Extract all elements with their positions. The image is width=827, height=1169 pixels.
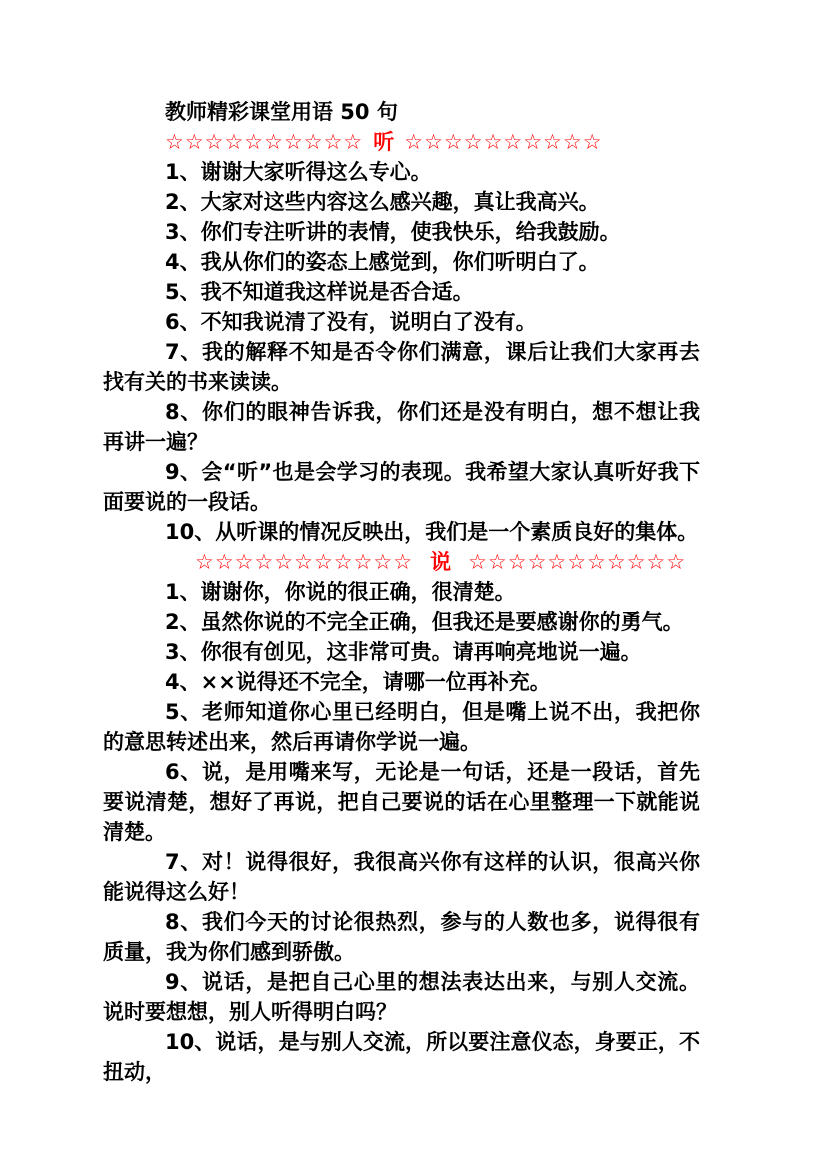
- numbered-sentence: 2、大家对这些内容这么感兴趣，真让我高兴。: [103, 187, 700, 217]
- numbered-sentence: 1、谢谢你，你说的很正确，很清楚。: [103, 577, 700, 607]
- star-decoration-left-icon: ☆☆☆☆☆☆☆☆☆☆: [165, 130, 363, 154]
- numbered-sentence: 3、你很有创见，这非常可贵。请再响亮地说一遍。: [103, 637, 700, 667]
- numbered-sentence: 3、你们专注听讲的表情，使我快乐，给我鼓励。: [103, 217, 700, 247]
- star-decoration-right-icon: ☆☆☆☆☆☆☆☆☆☆☆: [468, 550, 686, 574]
- numbered-sentence: 2、虽然你说的不完全正确，但我还是要感谢你的勇气。: [103, 607, 700, 637]
- numbered-sentence: 6、说，是用嘴来写，无论是一句话，还是一段话，首先要说清楚，想好了再说，把自己要…: [103, 757, 700, 847]
- numbered-sentence: 4、××说得还不完全，请哪一位再补充。: [103, 667, 700, 697]
- numbered-sentence: 9、说话，是把自己心里的想法表达出来，与别人交流。说时要想想，别人听得明白吗？: [103, 967, 700, 1027]
- section-header-label: 说: [413, 550, 468, 574]
- star-decoration-right-icon: ☆☆☆☆☆☆☆☆☆☆: [404, 130, 602, 154]
- section-header: ☆☆☆☆☆☆☆☆☆☆听☆☆☆☆☆☆☆☆☆☆: [103, 127, 700, 157]
- numbered-sentence: 6、不知我说清了没有，说明白了没有。: [103, 307, 700, 337]
- numbered-sentence: 8、你们的眼神告诉我，你们还是没有明白，想不想让我再讲一遍？: [103, 397, 700, 457]
- document-section: ☆☆☆☆☆☆☆☆☆☆听☆☆☆☆☆☆☆☆☆☆ 1、谢谢大家听得这么专心。 2、大家…: [103, 127, 700, 547]
- numbered-sentence: 10、说话，是与别人交流，所以要注意仪态，身要正，不扭动，: [103, 1027, 700, 1087]
- numbered-sentence: 5、老师知道你心里已经明白，但是嘴上说不出，我把你的意思转述出来，然后再请你学说…: [103, 697, 700, 757]
- numbered-sentence: 9、会“听”也是会学习的表现。我希望大家认真听好我下面要说的一段话。: [103, 457, 700, 517]
- document-page: 教师精彩课堂用语 50 句 ☆☆☆☆☆☆☆☆☆☆听☆☆☆☆☆☆☆☆☆☆ 1、谢谢…: [0, 0, 827, 1169]
- document-section: ☆☆☆☆☆☆☆☆☆☆☆说☆☆☆☆☆☆☆☆☆☆☆ 1、谢谢你，你说的很正确，很清楚…: [103, 547, 700, 1087]
- sections-container: ☆☆☆☆☆☆☆☆☆☆听☆☆☆☆☆☆☆☆☆☆ 1、谢谢大家听得这么专心。 2、大家…: [103, 127, 700, 1087]
- numbered-sentence: 10、从听课的情况反映出，我们是一个素质良好的集体。: [103, 517, 700, 547]
- section-header-label: 听: [363, 130, 404, 154]
- numbered-sentence: 5、我不知道我这样说是否合适。: [103, 277, 700, 307]
- section-header: ☆☆☆☆☆☆☆☆☆☆☆说☆☆☆☆☆☆☆☆☆☆☆: [103, 547, 700, 577]
- numbered-sentence: 7、我的解释不知是否令你们满意，课后让我们大家再去找有关的书来读读。: [103, 337, 700, 397]
- numbered-sentence: 4、我从你们的姿态上感觉到，你们听明白了。: [103, 247, 700, 277]
- numbered-sentence: 7、对！说得很好，我很高兴你有这样的认识，很高兴你能说得这么好！: [103, 847, 700, 907]
- numbered-sentence: 1、谢谢大家听得这么专心。: [103, 157, 700, 187]
- star-decoration-left-icon: ☆☆☆☆☆☆☆☆☆☆☆: [195, 550, 413, 574]
- numbered-sentence: 8、我们今天的讨论很热烈，参与的人数也多，说得很有质量，我为你们感到骄傲。: [103, 907, 700, 967]
- document-title: 教师精彩课堂用语 50 句: [103, 97, 700, 127]
